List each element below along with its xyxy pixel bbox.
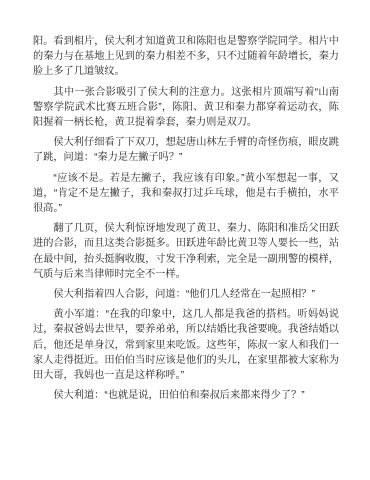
paragraph: 侯大利指着四人合影，问道：“他们几人经常在一起照相？” [33,287,339,302]
paragraph: 其中一张合影吸引了侯大利的注意力。这张相片顶端写着“山南警察学院武术比赛五班合影… [33,85,339,131]
paragraph: 侯大利道：“也就是说，田伯伯和秦叔后来都来得少了？” [33,388,339,403]
paragraph: “应该不是。若是左撇子，我应该有印象。”黄小军想起一事，又道，“肯定不是左撇子，… [33,171,339,217]
paragraph: 翻了几页，侯大利惊讶地发现了黄卫、秦力、陈阳和准岳父田跃进的合影，而且这类合影挺… [33,221,339,282]
paragraph: 黄小军道：“在我的印象中，这几人都是我爸的搭档。听妈妈说过，秦叔爸妈去世早，要养… [33,307,339,383]
paragraph: 阳。看到相片，侯大利才知道黄卫和陈阳也是警察学院同学。相片中的秦力与在基地上见到… [33,34,339,80]
reader-page: 阳。看到相片，侯大利才知道黄卫和陈阳也是警察学院同学。相片中的秦力与在基地上见到… [0,0,370,480]
paragraph: 侯大利仔细看了下双刀，想起唐山林左手臂的奇怪伤痕，眼皮跳了跳，问道：“秦力是左撇… [33,135,339,165]
